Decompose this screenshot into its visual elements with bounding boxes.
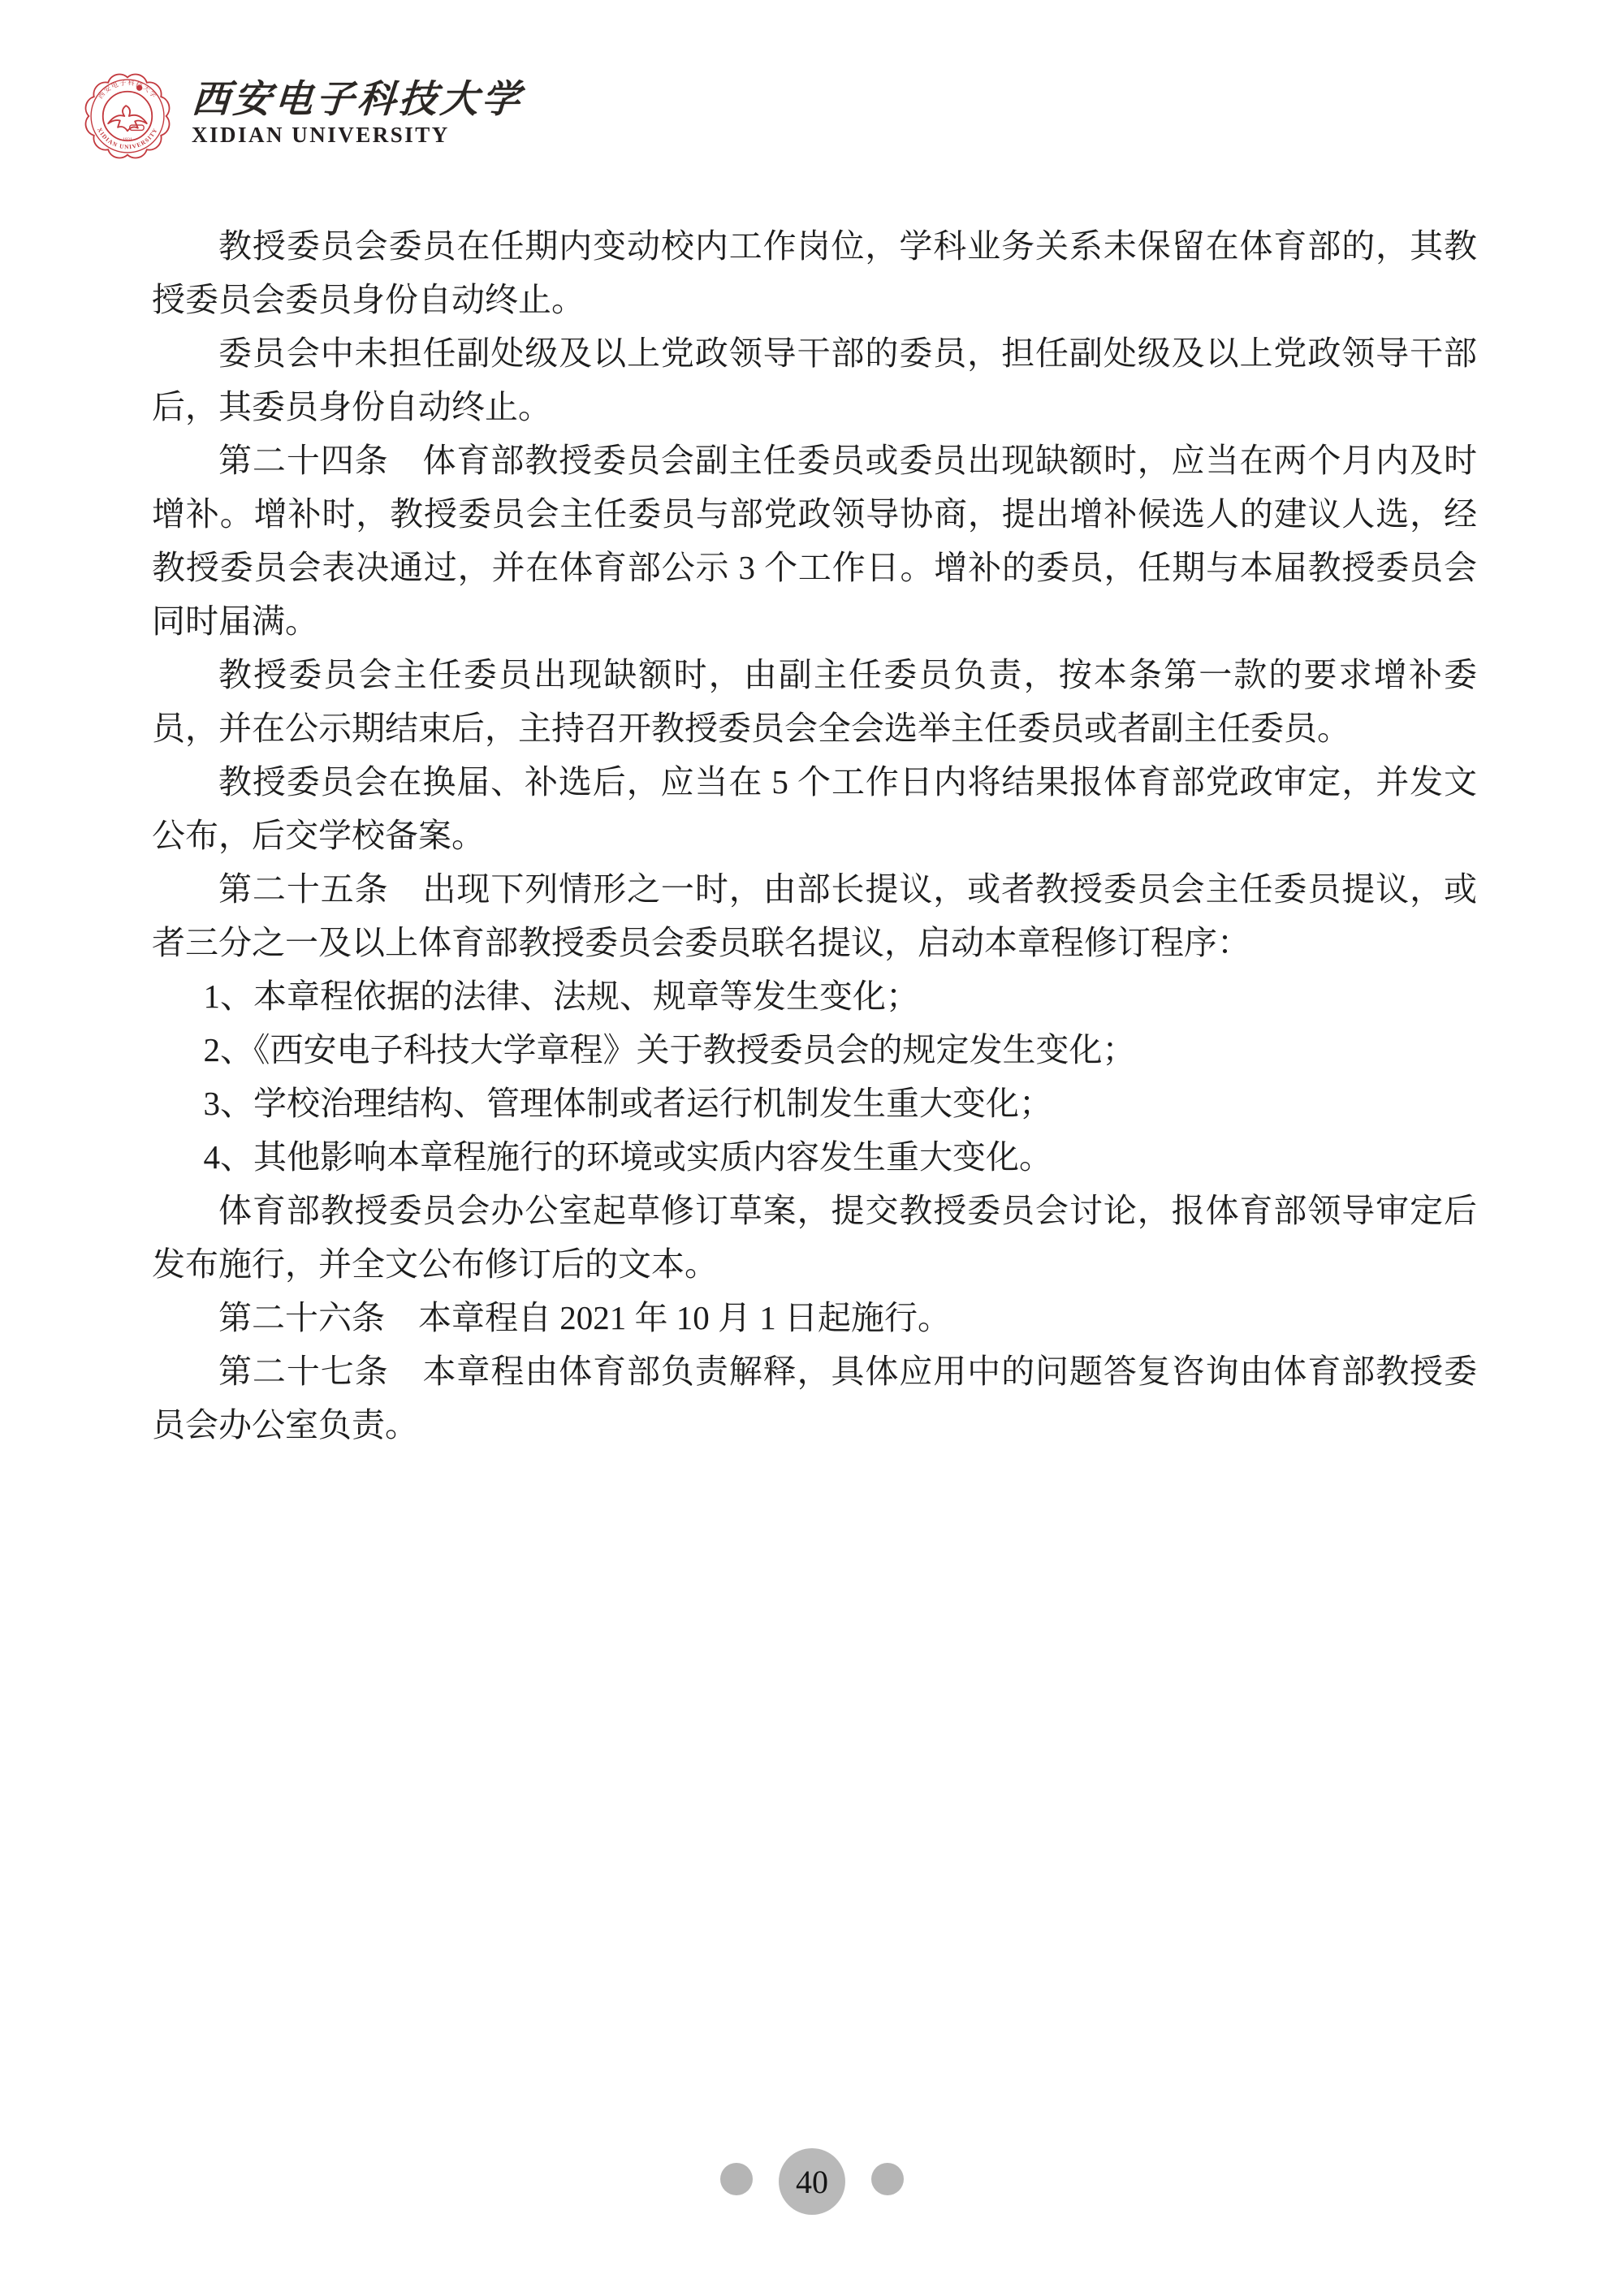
document-text-block: 教授委员会委员在任期内变动校内工作岗位，学科业务关系未保留在体育部的，其教授委员… — [152, 219, 1477, 1452]
footer-decor-dot-right — [871, 2163, 904, 2195]
paragraph: 教授委员会主任委员出现缺额时，由副主任委员负责，按本条第一款的要求增补委员，并在… — [152, 648, 1477, 755]
footer-decor-dot-left — [720, 2163, 753, 2195]
paragraph-article-25: 第二十五条 出现下列情形之一时，由部长提议，或者教授委员会主任委员提议，或者三分… — [152, 862, 1477, 969]
paragraph-article-26: 第二十六条 本章程自 2021 年 10 月 1 日起施行。 — [152, 1291, 1477, 1344]
seal-top-text: 西安电子科技大学 — [97, 78, 159, 100]
university-seal-icon: 西安电子科技大学 XIDIAN UNIVERSITY 1931 — [83, 71, 172, 161]
university-name-english: XIDIAN UNIVERSITY — [192, 123, 523, 146]
university-wordmark: 西安电子科技大学 XIDIAN UNIVERSITY — [192, 71, 523, 146]
university-name-chinese: 西安电子科技大学 — [190, 80, 524, 120]
page-number-badge: 40 — [779, 2148, 845, 2215]
paragraph: 委员会中未担任副处级及以上党政领导干部的委员，担任副处级及以上党政领导干部后，其… — [152, 326, 1477, 434]
paragraph: 体育部教授委员会办公室起草修订草案，提交教授委员会讨论，报体育部领导审定后发布施… — [152, 1184, 1477, 1291]
paragraph-article-27: 第二十七条 本章程由体育部负责解释，具体应用中的问题答复咨询由体育部教授委员会办… — [152, 1344, 1477, 1452]
page-footer: 40 — [0, 2147, 1624, 2220]
list-item-3: 3、学校治理结构、管理体制或者运行机制发生重大变化； — [152, 1077, 1477, 1130]
document-page: 西安电子科技大学 XIDIAN UNIVERSITY 1931 西安电子科技大学… — [0, 0, 1624, 2296]
seal-year: 1931 — [123, 137, 132, 142]
page-number: 40 — [796, 2163, 828, 2201]
list-item-1: 1、本章程依据的法律、法规、规章等发生变化； — [152, 969, 1477, 1023]
list-item-4: 4、其他影响本章程施行的环境或实质内容发生重大变化。 — [152, 1130, 1477, 1184]
paragraph: 教授委员会委员在任期内变动校内工作岗位，学科业务关系未保留在体育部的，其教授委员… — [152, 219, 1477, 326]
paragraph-article-24: 第二十四条 体育部教授委员会副主任委员或委员出现缺额时，应当在两个月内及时增补。… — [152, 434, 1477, 648]
university-logo-header: 西安电子科技大学 XIDIAN UNIVERSITY 1931 西安电子科技大学… — [83, 71, 523, 161]
paragraph: 教授委员会在换届、补选后，应当在 5 个工作日内将结果报体育部党政审定，并发文公… — [152, 755, 1477, 862]
svg-text:西安电子科技大学: 西安电子科技大学 — [97, 78, 159, 100]
list-item-2: 2、《西安电子科技大学章程》关于教授委员会的规定发生变化； — [152, 1023, 1477, 1077]
